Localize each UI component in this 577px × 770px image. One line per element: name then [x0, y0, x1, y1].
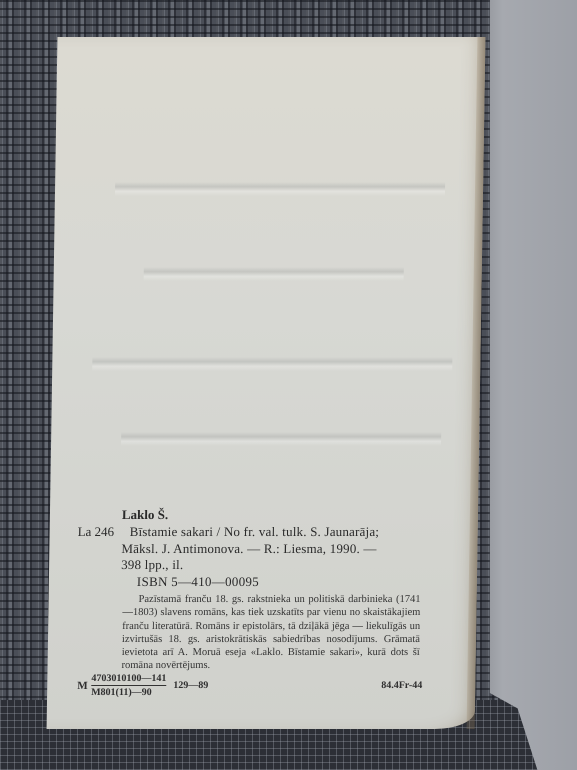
code-middle: 129—89 — [173, 680, 208, 691]
catalog-record: Bīstamie sakari / No fr. val. tulk. S. J… — [121, 524, 422, 574]
code-fraction: 4703010100—141 M801(11)—90 — [91, 673, 166, 698]
record-pages-line: 398 lpp., il. — [121, 557, 421, 574]
author-name: Laklo Š. — [122, 507, 169, 523]
isbn: ISBN 5—410—00095 — [137, 574, 259, 590]
code-prefix: M — [77, 680, 88, 692]
book-page: Laklo Š. La 246 Bīstamie sakari / No fr.… — [47, 37, 486, 729]
record-publisher-line: Māksl. J. Antimonova. — R.: Liesma, 1990… — [121, 541, 421, 558]
page-gutter-shadow — [467, 37, 486, 729]
record-title-line: Bīstamie sakari / No fr. val. tulk. S. J… — [122, 524, 422, 541]
book-back-cover — [478, 0, 577, 770]
book-annotation: Pazīstamā franču 18. gs. rakstnieka un p… — [121, 593, 420, 673]
classification-code: 84.4Fr-44 — [381, 680, 422, 691]
code-numerator: 4703010100—141 — [91, 673, 166, 686]
paper-crease — [144, 267, 404, 281]
paper-crease — [115, 182, 445, 196]
shelfmark: La 246 — [78, 524, 115, 540]
publication-codes: M 4703010100—141 M801(11)—90 129—89 84.4… — [77, 673, 422, 701]
paper-crease — [92, 357, 452, 371]
paper-crease — [121, 432, 441, 446]
code-denominator: M801(11)—90 — [91, 686, 166, 698]
